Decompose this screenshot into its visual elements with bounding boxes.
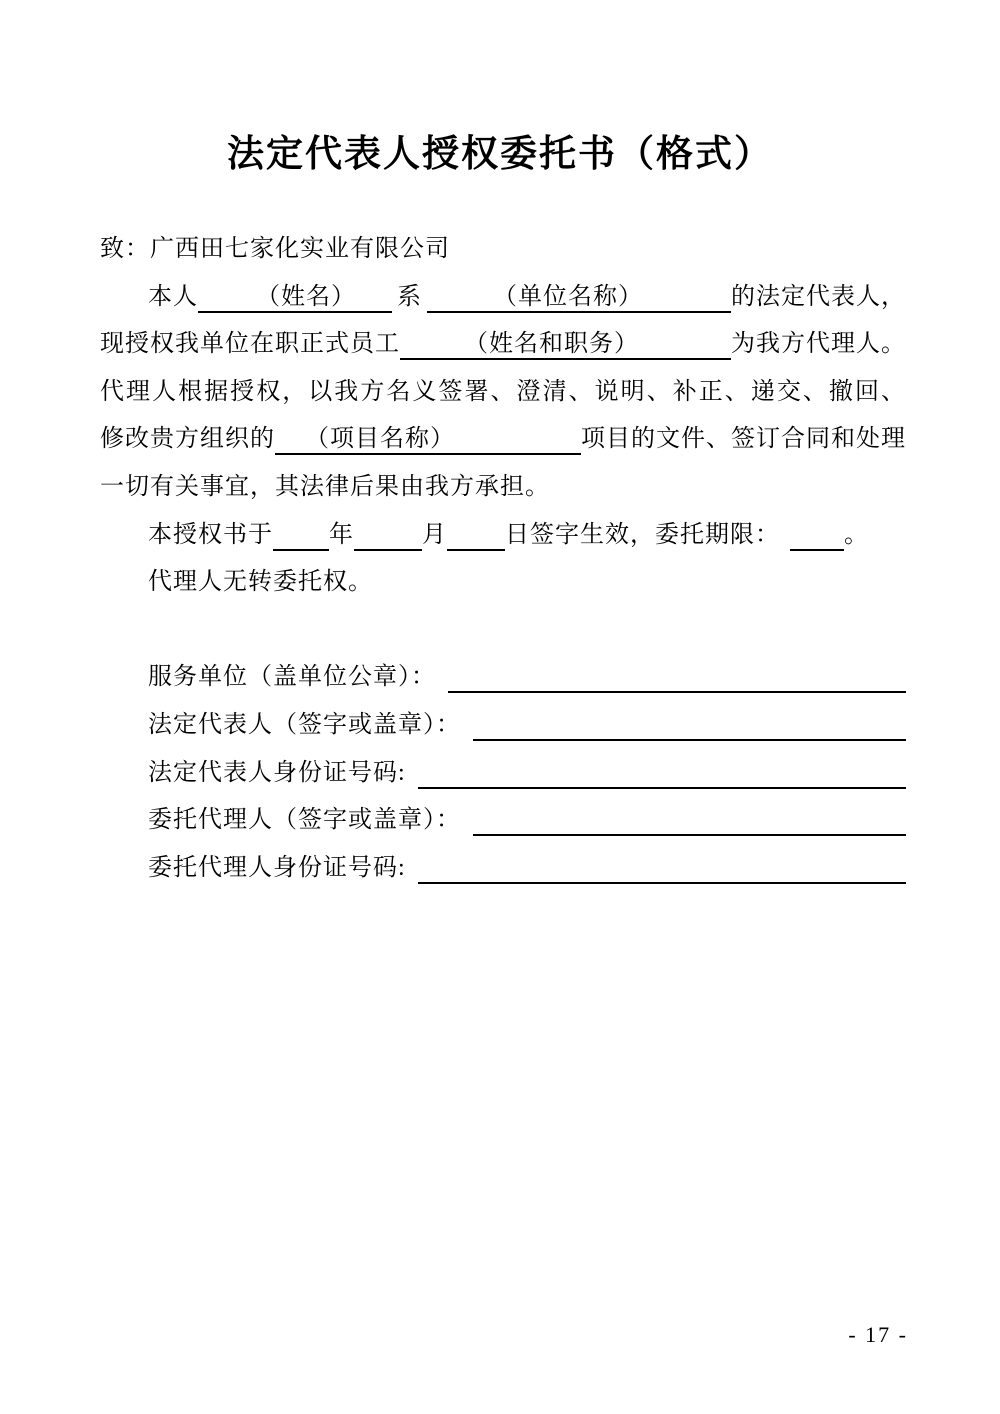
blank-underline <box>198 274 256 313</box>
blank-underline <box>639 321 731 360</box>
blank-underline <box>356 274 392 313</box>
body-line-principal: 本人 （姓名） 系 （单位名称） 的法定代表人， <box>100 274 906 322</box>
text-segment: 本人 <box>148 274 198 322</box>
fill-placeholder-project: （项目名称） <box>305 416 455 455</box>
text-segment: 的法定代表人， <box>731 274 906 322</box>
document-body: 致：广西田七家化实业有限公司 本人 （姓名） 系 （单位名称） 的法定代表人， … <box>100 226 906 892</box>
document-page: 法定代表人授权委托书（格式） 致：广西田七家化实业有限公司 本人 （姓名） 系 … <box>0 0 1000 1414</box>
signature-underline <box>473 797 906 836</box>
body-line-agent: 现授权我单位在职正式员工 （姓名和职务） 为我方代理人。 <box>100 321 906 369</box>
fill-placeholder-name-title: （姓名和职务） <box>464 321 639 360</box>
body-line-project: 修改贵方组织的 （项目名称） 项目的文件、签订合同和处理 <box>100 416 906 464</box>
document-title: 法定代表人授权委托书（格式） <box>0 133 1000 177</box>
signature-underline <box>418 750 906 789</box>
text-segment: 日签字生效，委托期限： <box>505 512 780 560</box>
text-segment: 年 <box>329 512 354 560</box>
text-segment: 系 <box>397 274 422 322</box>
signature-row: 委托代理人身份证号码: <box>100 845 906 893</box>
body-line-powers: 代理人根据授权，以我方名义签署、澄清、说明、补正、递交、撤回、 <box>100 369 906 417</box>
signature-row: 服务单位（盖单位公章）： <box>100 654 906 702</box>
text-segment: 。 <box>844 512 869 560</box>
signature-label: 服务单位（盖单位公章）： <box>148 654 436 702</box>
blank-underline <box>275 416 305 455</box>
blank-line <box>100 607 906 655</box>
blank-underline-year <box>273 512 329 551</box>
blank-underline-term <box>790 512 844 551</box>
text-segment: 项目的文件、签订合同和处理 <box>581 416 906 464</box>
fill-placeholder-name: （姓名） <box>256 274 356 313</box>
blank-underline <box>427 274 493 313</box>
blank-underline <box>455 416 581 455</box>
page-number: - 17 - <box>848 1322 908 1348</box>
signature-label: 法定代表人（签字或盖章）： <box>148 702 461 750</box>
text-segment: 为我方代理人。 <box>731 321 906 369</box>
signature-row: 委托代理人（签字或盖章）： <box>100 797 906 845</box>
recipient-line: 致：广西田七家化实业有限公司 <box>100 226 906 274</box>
signature-underline <box>418 845 906 884</box>
blank-underline-month <box>354 512 422 551</box>
text-segment: 修改贵方组织的 <box>100 416 275 464</box>
blank-underline <box>643 274 731 313</box>
blank-underline <box>400 321 464 360</box>
text-segment: 现授权我单位在职正式员工 <box>100 321 400 369</box>
body-line-liability: 一切有关事宜，其法律后果由我方承担。 <box>100 464 906 512</box>
recipient-label: 致： <box>100 236 150 262</box>
recipient-company: 广西田七家化实业有限公司 <box>150 236 450 262</box>
blank-underline-day <box>447 512 505 551</box>
signature-label: 委托代理人身份证号码: <box>148 845 406 893</box>
signature-label: 委托代理人（签字或盖章）： <box>148 797 461 845</box>
signature-row: 法定代表人身份证号码: <box>100 750 906 798</box>
body-line-no-subdelegation: 代理人无转委托权。 <box>100 559 906 607</box>
signature-label: 法定代表人身份证号码: <box>148 750 406 798</box>
text-segment: 本授权书于 <box>148 512 273 560</box>
fill-placeholder-org: （单位名称） <box>493 274 643 313</box>
signature-underline <box>448 654 906 693</box>
signature-underline <box>473 702 906 741</box>
text-segment: 月 <box>422 512 447 560</box>
body-line-validity: 本授权书于 年 月 日签字生效，委托期限： 。 <box>100 512 906 560</box>
signature-row: 法定代表人（签字或盖章）： <box>100 702 906 750</box>
